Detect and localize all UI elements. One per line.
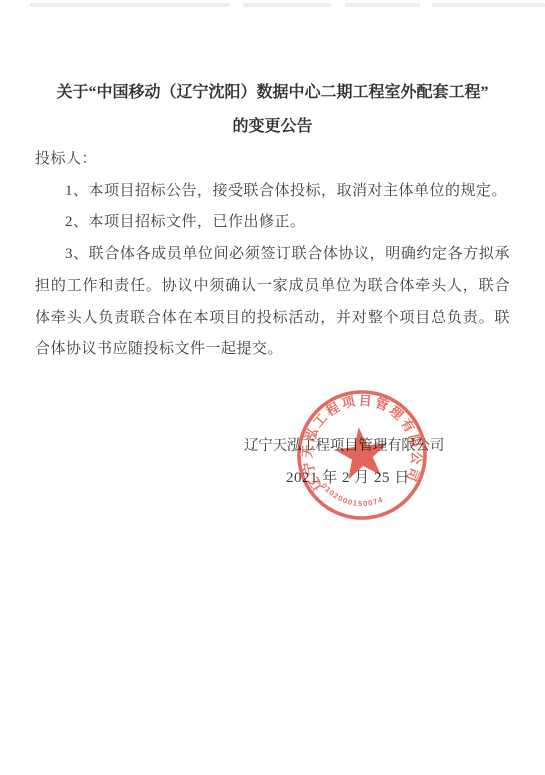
seal-border (292, 385, 432, 525)
title-line-1: 关于“中国移动（辽宁沈阳）数据中心二期工程室外配套工程” (35, 76, 510, 110)
document-content: 关于“中国移动（辽宁沈阳）数据中心二期工程室外配套工程” 的变更公告 投标人： … (0, 0, 545, 366)
clause-3: 3、联合体各成员单位间必须签订联合体协议，明确约定各方拟承担的工作和责任。协议中… (35, 239, 510, 366)
scanned-document-page: 关于“中国移动（辽宁沈阳）数据中心二期工程室外配套工程” 的变更公告 投标人： … (0, 0, 545, 775)
document-title: 关于“中国移动（辽宁沈阳）数据中心二期工程室外配套工程” 的变更公告 (35, 76, 510, 144)
salutation: 投标人： (35, 144, 510, 176)
title-line-2: 的变更公告 (35, 110, 510, 144)
clause-2: 2、本项目招标文件，已作出修正。 (35, 207, 510, 239)
signature-company: 辽宁天泓工程项目管理有限公司 (244, 434, 444, 455)
company-seal-stamp: 辽宁天泓工程项目管理有限公司 0102000150074 (287, 380, 437, 530)
clause-1: 1、本项目招标公告，接受联合体投标，取消对主体单位的规定。 (35, 176, 510, 208)
signature-date: 2021 年 2 月 25 日 (286, 466, 410, 487)
